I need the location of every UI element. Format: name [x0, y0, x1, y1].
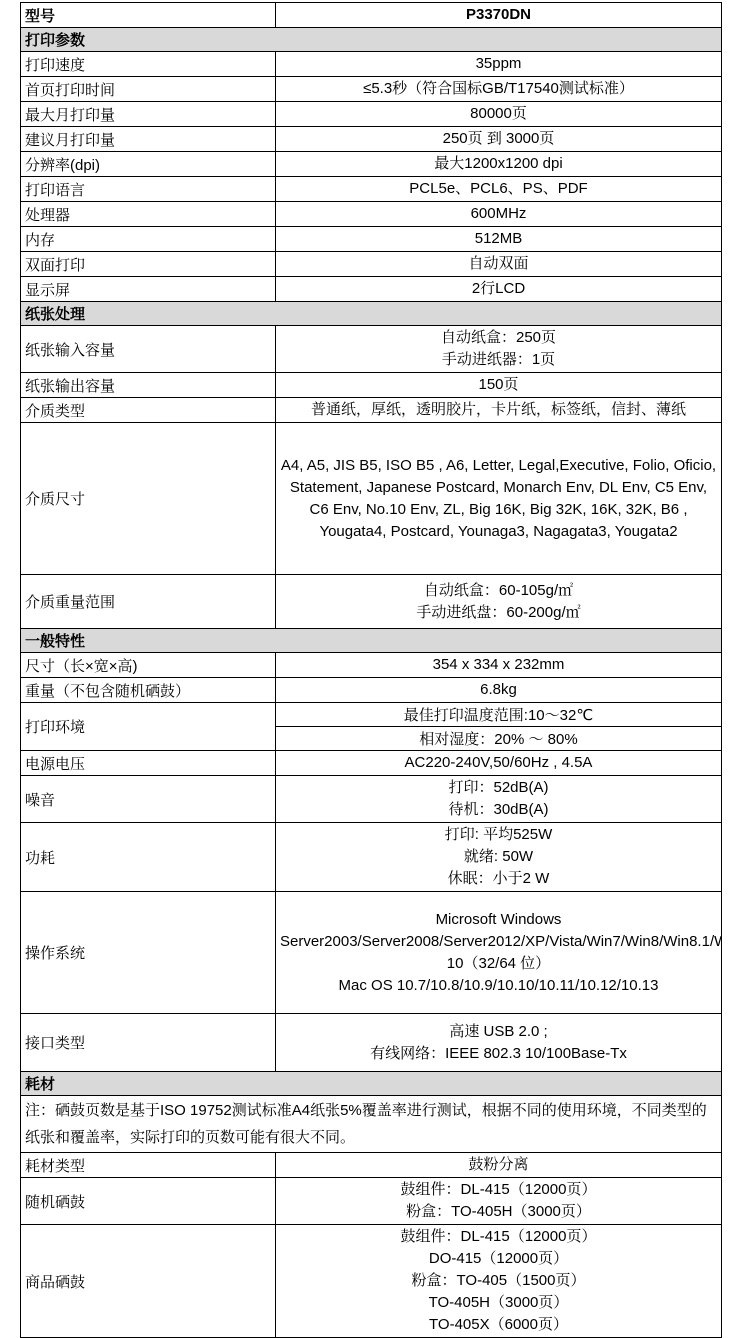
spec-label: 介质尺寸 — [21, 423, 276, 575]
spec-value-line: 鼓组件：DL-415（12000页） — [280, 1179, 717, 1201]
note-text: 注：硒鼓页数是基于ISO 19752测试标准A4纸张5%覆盖率进行测试，根据不同… — [21, 1096, 722, 1153]
spec-value: AC220-240V,50/60Hz , 4.5A — [276, 751, 722, 776]
spec-value-line: 有线网络：IEEE 802.3 10/100Base-Tx — [280, 1043, 717, 1065]
spec-row: 接口类型高速 USB 2.0 ;有线网络：IEEE 802.3 10/100Ba… — [21, 1014, 722, 1072]
spec-value-line: 512MB — [280, 228, 717, 250]
spec-value-line: AC220-240V,50/60Hz , 4.5A — [280, 752, 717, 774]
section-header: 一般特性 — [21, 629, 722, 653]
spec-value-line: 鼓粉分离 — [280, 1154, 717, 1176]
spec-value: 打印: 平均525W就绪: 50W休眠：小于2 W — [276, 823, 722, 892]
spec-label: 纸张输入容量 — [21, 326, 276, 373]
spec-value-line: 最大1200x1200 dpi — [280, 153, 717, 175]
section-row: 纸张处理 — [21, 302, 722, 326]
spec-row: 双面打印自动双面 — [21, 252, 722, 277]
spec-label: 最大月打印量 — [21, 102, 276, 127]
spec-row: 操作系统Microsoft Windows Server2003/Server2… — [21, 892, 722, 1014]
spec-value: 2行LCD — [276, 277, 722, 302]
section-header: 打印参数 — [21, 28, 722, 52]
spec-label: 纸张输出容量 — [21, 373, 276, 398]
spec-value-line: 鼓组件：DL-415（12000页） — [280, 1226, 717, 1248]
spec-row: 纸张输入容量自动纸盒：250页手动进纸器：1页 — [21, 326, 722, 373]
spec-label: 功耗 — [21, 823, 276, 892]
spec-label: 操作系统 — [21, 892, 276, 1014]
spec-label: 接口类型 — [21, 1014, 276, 1072]
spec-row: 电源电压AC220-240V,50/60Hz , 4.5A — [21, 751, 722, 776]
spec-value-line: 6.8kg — [280, 679, 717, 701]
spec-value: 自动纸盒：250页手动进纸器：1页 — [276, 326, 722, 373]
section-header: 纸张处理 — [21, 302, 722, 326]
spec-value-line: PCL5e、PCL6、PS、PDF — [280, 178, 717, 200]
spec-row: 介质重量范围自动纸盒：60-105g/㎡手动进纸盘：60-200g/㎡ — [21, 575, 722, 629]
spec-row: 分辨率(dpi)最大1200x1200 dpi — [21, 152, 722, 177]
spec-value-line: TO-405H（3000页） — [280, 1292, 717, 1314]
note-row: 注：硒鼓页数是基于ISO 19752测试标准A4纸张5%覆盖率进行测试，根据不同… — [21, 1096, 722, 1153]
section-header: 耗材 — [21, 1072, 722, 1096]
spec-row: 介质类型普通纸，厚纸，透明胶片，卡片纸，标签纸，信封、薄纸 — [21, 398, 722, 423]
spec-label: 处理器 — [21, 202, 276, 227]
spec-value: ≤5.3秒（符合国标GB/T17540测试标准） — [276, 77, 722, 102]
spec-value: A4, A5, JIS B5, ISO B5 , A6, Letter, Leg… — [276, 423, 722, 575]
spec-label: 双面打印 — [21, 252, 276, 277]
spec-value-line: 粉盒：TO-405（1500页） — [280, 1270, 717, 1292]
spec-row: 最大月打印量80000页 — [21, 102, 722, 127]
spec-row: 打印环境最佳打印温度范围:10～32℃ — [21, 703, 722, 727]
spec-row: 显示屏2行LCD — [21, 277, 722, 302]
spec-value-line: 普通纸，厚纸，透明胶片，卡片纸，标签纸，信封、薄纸 — [280, 399, 717, 421]
page: 型号P3370DN打印参数打印速度35ppm首页打印时间≤5.3秒（符合国标GB… — [0, 2, 750, 1338]
spec-value-line: 高速 USB 2.0 ; — [280, 1021, 717, 1043]
spec-value-line: ≤5.3秒（符合国标GB/T17540测试标准） — [280, 78, 717, 100]
spec-value: 打印：52dB(A)待机：30dB(A) — [276, 776, 722, 823]
spec-value-line: 待机：30dB(A) — [280, 799, 717, 821]
spec-value: P3370DN — [276, 3, 722, 28]
spec-value-line: 手动进纸器：1页 — [280, 349, 717, 371]
spec-label: 尺寸（长×宽×高) — [21, 653, 276, 678]
spec-row: 重量（不包含随机硒鼓）6.8kg — [21, 678, 722, 703]
spec-value-line: 自动纸盒：60-105g/㎡ — [280, 580, 717, 602]
spec-value-line: 打印: 平均525W — [280, 824, 717, 846]
spec-value: 512MB — [276, 227, 722, 252]
section-row: 一般特性 — [21, 629, 722, 653]
spec-value: 250页 到 3000页 — [276, 127, 722, 152]
spec-row: 介质尺寸A4, A5, JIS B5, ISO B5 , A6, Letter,… — [21, 423, 722, 575]
spec-value-line: 打印：52dB(A) — [280, 777, 717, 799]
spec-table-body: 型号P3370DN打印参数打印速度35ppm首页打印时间≤5.3秒（符合国标GB… — [21, 3, 722, 1338]
spec-label: 耗材类型 — [21, 1153, 276, 1178]
spec-label: 噪音 — [21, 776, 276, 823]
spec-value-line: DO-415（12000页） — [280, 1248, 717, 1270]
spec-value: 150页 — [276, 373, 722, 398]
spec-value-line: Microsoft Windows Server2003/Server2008/… — [280, 909, 717, 975]
spec-value-line: 80000页 — [280, 103, 717, 125]
spec-row: 尺寸（长×宽×高)354 x 334 x 232mm — [21, 653, 722, 678]
spec-label: 随机硒鼓 — [21, 1178, 276, 1225]
spec-value: 自动纸盒：60-105g/㎡手动进纸盘：60-200g/㎡ — [276, 575, 722, 629]
spec-label: 打印环境 — [21, 703, 276, 751]
spec-value: 高速 USB 2.0 ;有线网络：IEEE 802.3 10/100Base-T… — [276, 1014, 722, 1072]
spec-value: Microsoft Windows Server2003/Server2008/… — [276, 892, 722, 1014]
spec-value: 鼓组件：DL-415（12000页）粉盒：TO-405H（3000页） — [276, 1178, 722, 1225]
spec-value-line: 手动进纸盘：60-200g/㎡ — [280, 602, 717, 624]
spec-value: 35ppm — [276, 52, 722, 77]
spec-row: 型号P3370DN — [21, 3, 722, 28]
spec-value-line: 600MHz — [280, 203, 717, 225]
spec-value: 鼓组件：DL-415（12000页）DO-415（12000页）粉盒：TO-40… — [276, 1225, 722, 1338]
spec-label: 打印速度 — [21, 52, 276, 77]
spec-value: 最佳打印温度范围:10～32℃ — [276, 703, 722, 727]
spec-value-line: A4, A5, JIS B5, ISO B5 , A6, Letter, Leg… — [280, 455, 717, 543]
spec-value-line: 就绪: 50W — [280, 846, 717, 868]
spec-value-line: Mac OS 10.7/10.8/10.9/10.10/10.11/10.12/… — [280, 975, 717, 997]
spec-value: 最大1200x1200 dpi — [276, 152, 722, 177]
spec-label: 首页打印时间 — [21, 77, 276, 102]
spec-label: 打印语言 — [21, 177, 276, 202]
spec-value-line: 粉盒：TO-405H（3000页） — [280, 1201, 717, 1223]
spec-row: 打印速度35ppm — [21, 52, 722, 77]
spec-row: 建议月打印量250页 到 3000页 — [21, 127, 722, 152]
spec-label: 建议月打印量 — [21, 127, 276, 152]
spec-row: 噪音打印：52dB(A)待机：30dB(A) — [21, 776, 722, 823]
spec-value: 354 x 334 x 232mm — [276, 653, 722, 678]
spec-row: 功耗打印: 平均525W就绪: 50W休眠：小于2 W — [21, 823, 722, 892]
spec-row: 商品硒鼓鼓组件：DL-415（12000页）DO-415（12000页）粉盒：T… — [21, 1225, 722, 1338]
spec-label: 分辨率(dpi) — [21, 152, 276, 177]
spec-label: 商品硒鼓 — [21, 1225, 276, 1338]
spec-label: 介质类型 — [21, 398, 276, 423]
spec-value: 6.8kg — [276, 678, 722, 703]
spec-value-line: P3370DN — [280, 4, 717, 26]
spec-row: 耗材类型鼓粉分离 — [21, 1153, 722, 1178]
section-row: 打印参数 — [21, 28, 722, 52]
spec-value: 普通纸，厚纸，透明胶片，卡片纸，标签纸，信封、薄纸 — [276, 398, 722, 423]
spec-row: 纸张输出容量150页 — [21, 373, 722, 398]
spec-value: 自动双面 — [276, 252, 722, 277]
spec-value-line: 150页 — [280, 374, 717, 396]
spec-value-line: 休眠：小于2 W — [280, 868, 717, 890]
spec-value-line: 自动双面 — [280, 253, 717, 275]
spec-label: 介质重量范围 — [21, 575, 276, 629]
spec-value: PCL5e、PCL6、PS、PDF — [276, 177, 722, 202]
spec-row: 打印语言PCL5e、PCL6、PS、PDF — [21, 177, 722, 202]
spec-value: 鼓粉分离 — [276, 1153, 722, 1178]
spec-value-line: 2行LCD — [280, 278, 717, 300]
spec-label: 重量（不包含随机硒鼓） — [21, 678, 276, 703]
spec-value-line: 35ppm — [280, 53, 717, 75]
spec-value-line: 自动纸盒：250页 — [280, 327, 717, 349]
spec-value: 相对湿度：20% ～ 80% — [276, 727, 722, 751]
spec-row: 处理器600MHz — [21, 202, 722, 227]
section-row: 耗材 — [21, 1072, 722, 1096]
spec-label: 内存 — [21, 227, 276, 252]
spec-label: 显示屏 — [21, 277, 276, 302]
spec-value-line: TO-405X（6000页） — [280, 1314, 717, 1336]
spec-row: 首页打印时间≤5.3秒（符合国标GB/T17540测试标准） — [21, 77, 722, 102]
spec-value-line: 354 x 334 x 232mm — [280, 654, 717, 676]
spec-table: 型号P3370DN打印参数打印速度35ppm首页打印时间≤5.3秒（符合国标GB… — [20, 2, 722, 1338]
spec-label: 电源电压 — [21, 751, 276, 776]
spec-value-line: 250页 到 3000页 — [280, 128, 717, 150]
spec-label: 型号 — [21, 3, 276, 28]
spec-row: 内存512MB — [21, 227, 722, 252]
spec-row: 随机硒鼓鼓组件：DL-415（12000页）粉盒：TO-405H（3000页） — [21, 1178, 722, 1225]
spec-value: 80000页 — [276, 102, 722, 127]
spec-value: 600MHz — [276, 202, 722, 227]
